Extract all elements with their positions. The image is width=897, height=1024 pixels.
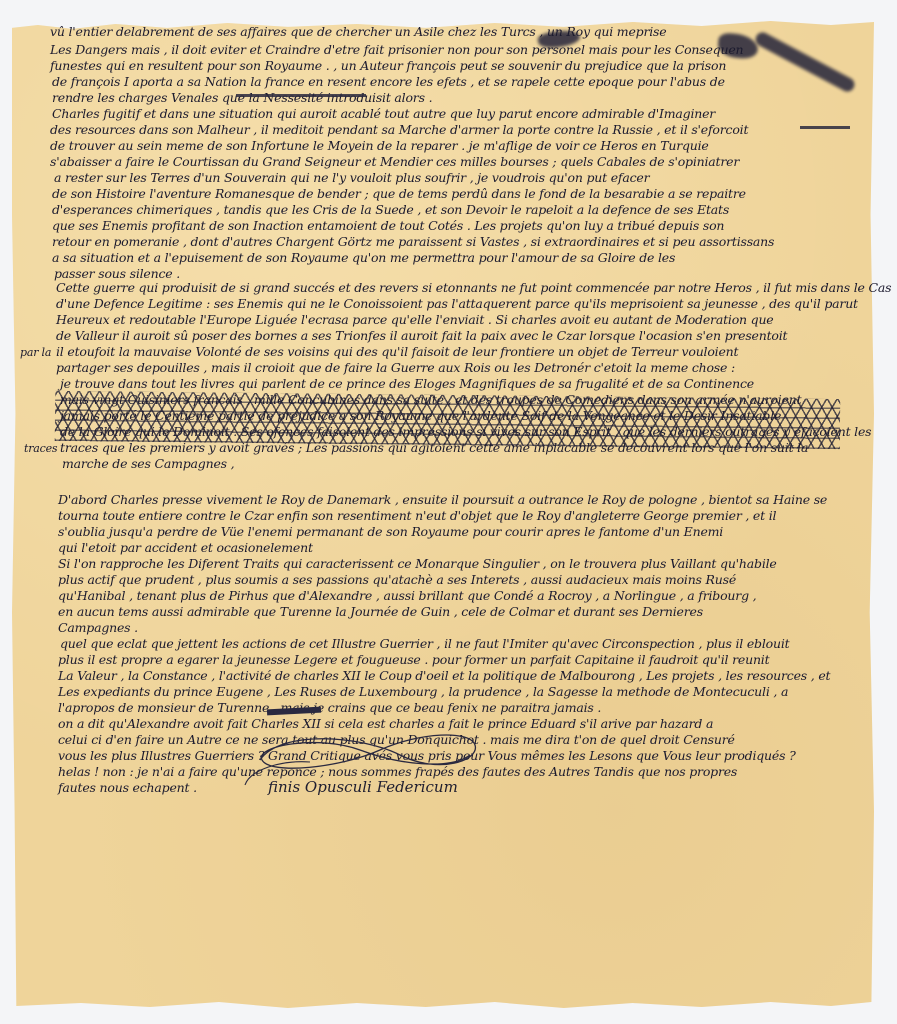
text-line: Si l'on rapproche les Diferent Traits qu…	[58, 556, 777, 571]
text-line: qui l'etoit par accident et ocasioneleme…	[58, 540, 313, 555]
text-line: rendre les charges Venales que la Nesses…	[52, 90, 432, 105]
text-line: a rester sur les Terres d'un Souverain q…	[54, 170, 649, 185]
crossed-out-passage	[55, 391, 840, 449]
text-line: d'une Defence Legitime : ses Enemis qui …	[56, 296, 858, 311]
text-line: Campagnes .	[58, 620, 138, 635]
signature: finis Opusculi Federicum	[268, 778, 458, 796]
text-line: que ses Enemis profitant de son Inaction…	[52, 218, 724, 233]
text-line: partager ses depouilles , mais il croioi…	[56, 360, 735, 375]
text-line: de trouver au sein meme de son Infortune…	[50, 138, 709, 153]
text-line: plus actif que prudent , plus soumis a s…	[58, 572, 736, 587]
text-line: plus il est propre a egarer la jeunesse …	[58, 652, 769, 667]
text-line: s'oublia jusqu'a perdre de Vüe l'enemi p…	[58, 524, 723, 539]
text-line: l'apropos de monsieur de Turenne , mais …	[58, 700, 601, 715]
text-line: s'abaisser a faire le Courtissan du Gran…	[50, 154, 739, 169]
text-line: funestes qui en resultent pour son Royau…	[50, 58, 726, 73]
text-line: Cette guerre qui produisit de si grand s…	[56, 280, 891, 295]
text-line: je trouve dans tout les livres qui parle…	[60, 376, 754, 391]
strikethrough	[236, 94, 366, 97]
text-line: de son Histoire l'aventure Romanesque de…	[52, 186, 746, 201]
text-line: il etoufoit la mauvaise Volonté de ses v…	[56, 344, 738, 359]
manuscript-body: vû l'entier delabrement de ses affaires …	[48, 24, 878, 724]
strikethrough	[800, 126, 850, 129]
text-line: fautes nous echapent .	[58, 780, 197, 795]
text-line: vû l'entier delabrement de ses affaires …	[50, 24, 666, 39]
text-line: de françois I aporta a sa Nation la fran…	[52, 74, 725, 89]
text-line: a sa situation et a l'epuisement de son …	[52, 250, 675, 265]
text-line: qu'Hanibal , tenant plus de Pirhus que d…	[58, 588, 756, 603]
text-line: d'esperances chimeriques , tandis que le…	[52, 202, 729, 217]
text-line: retour en pomeranie , dont d'autres Char…	[52, 234, 774, 249]
margin-note: par la	[20, 346, 51, 359]
text-line: en aucun tems aussi admirable que Turenn…	[58, 604, 703, 619]
text-line: La Valeur , la Constance , l'activité de…	[58, 668, 830, 683]
text-line: de Valleur il auroit sû poser des bornes…	[56, 328, 787, 343]
text-line: Les expediants du prince Eugene , Les Ru…	[58, 684, 788, 699]
text-line: des resources dans son Malheur , il medi…	[50, 122, 748, 137]
text-line: Les Dangers mais , il doit eviter et Cra…	[50, 42, 743, 57]
text-line: quel que eclat que jettent les actions d…	[60, 636, 789, 651]
text-line: D'abord Charles presse vivement le Roy d…	[58, 492, 827, 507]
text-line: Heureux et redoutable l'Europe Liguée l'…	[56, 312, 774, 327]
text-line: marche de ses Campagnes ,	[62, 456, 234, 471]
margin-note: traces	[24, 442, 57, 455]
text-line: Charles fugitif et dans une situation qu…	[52, 106, 715, 121]
text-line: passer sous silence .	[54, 266, 180, 281]
text-line: tourna toute entiere contre le Czar enfi…	[58, 508, 776, 523]
